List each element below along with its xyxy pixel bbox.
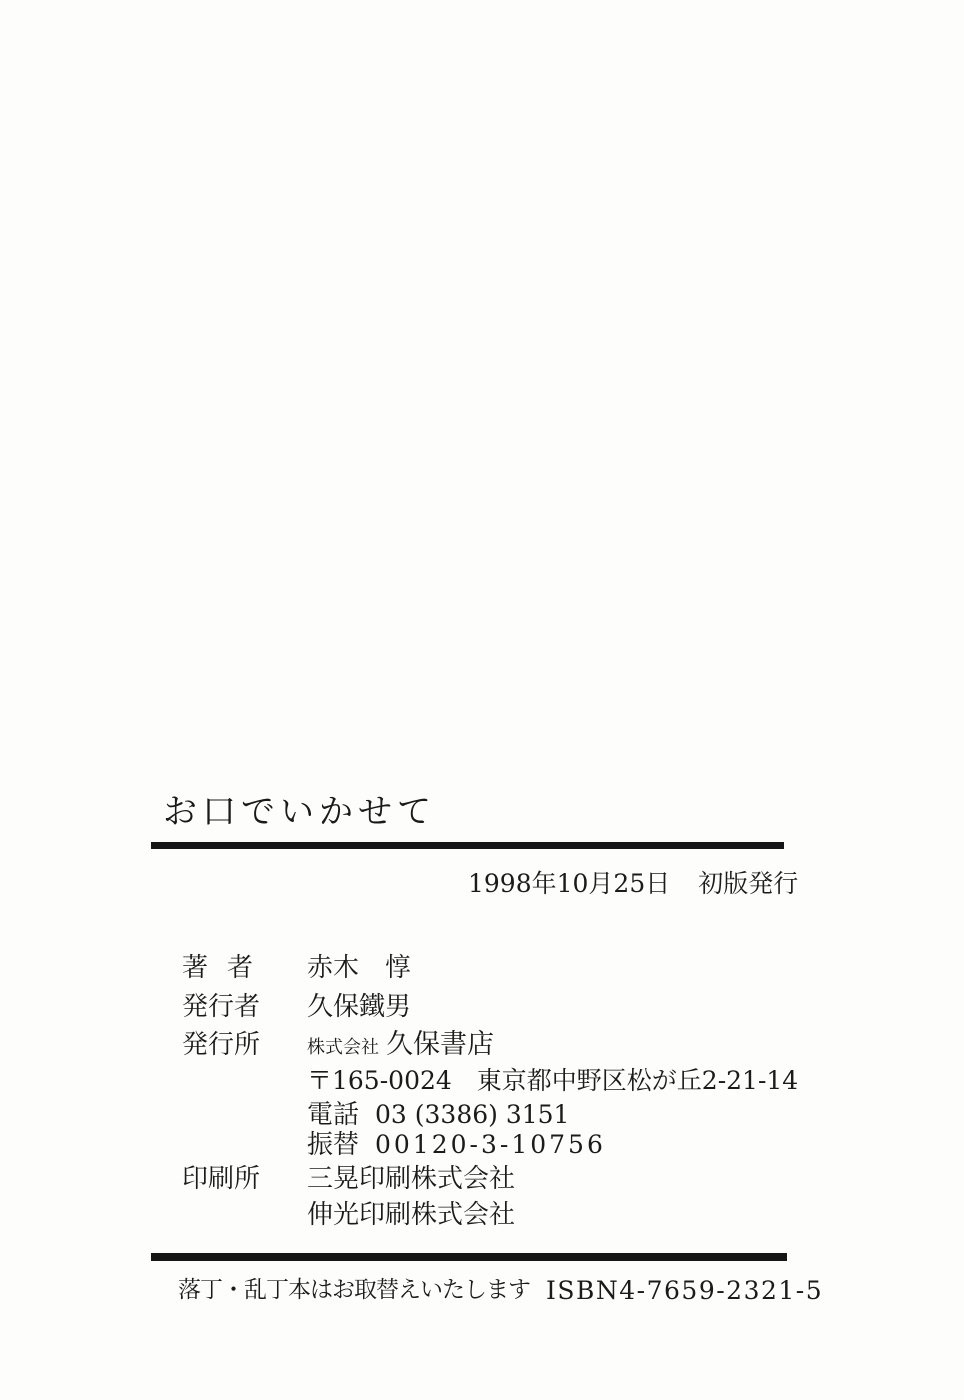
phone-row: 電話 03 (3386) 3151 — [307, 1100, 569, 1131]
publisher-label: 発行所 — [182, 1030, 307, 1061]
replacement-notice: 落丁・乱丁本はお取替えいたします — [178, 1277, 530, 1305]
colophon-page: お口でいかせて 1998年10月25日 初版発行 著 者 赤木 惇 発行者 久保… — [0, 0, 964, 1400]
publisher-name: 久保書店 — [386, 1029, 494, 1061]
publisher-address-row: 〒165-0024 東京都中野区松が丘2-21-14 — [307, 1066, 798, 1096]
printer-name-1: 三晃印刷株式会社 — [307, 1164, 515, 1195]
edition-line: 1998年10月25日 初版発行 — [468, 869, 798, 899]
publisher-corp-type: 株式会社 — [307, 1037, 379, 1059]
printer-name-2: 伸光印刷株式会社 — [307, 1200, 515, 1231]
phone-label: 電話 — [307, 1100, 375, 1131]
postal-transfer-number: 00120-3-10756 — [375, 1130, 606, 1160]
printer-row-2: 伸光印刷株式会社 — [307, 1200, 515, 1231]
edition-label: 初版発行 — [698, 869, 798, 899]
author-name: 赤木 惇 — [307, 953, 411, 984]
printer-label: 印刷所 — [182, 1164, 307, 1195]
book-title: お口でいかせて — [163, 794, 436, 831]
edition-date: 1998年10月25日 — [468, 869, 670, 899]
issuer-label: 発行者 — [182, 992, 307, 1023]
publisher-row: 発行所 株式会社 久保書店 — [182, 1029, 494, 1061]
postal-transfer-label: 振替 — [307, 1130, 375, 1161]
printer-row: 印刷所 三晃印刷株式会社 — [182, 1164, 515, 1195]
publisher-address: 〒165-0024 東京都中野区松が丘2-21-14 — [307, 1066, 798, 1096]
issuer-name: 久保鐵男 — [307, 992, 411, 1023]
author-row: 著 者 赤木 惇 — [182, 953, 411, 984]
issuer-row: 発行者 久保鐵男 — [182, 992, 411, 1023]
divider-top — [151, 842, 784, 849]
author-label: 著 者 — [182, 953, 307, 984]
postal-transfer-row: 振替 00120-3-10756 — [307, 1130, 606, 1161]
divider-bottom — [151, 1253, 787, 1261]
author-label-char-1: 著 — [182, 953, 208, 984]
phone-number: 03 (3386) 3151 — [375, 1100, 569, 1130]
isbn-number: ISBN4-7659-2321-5 — [546, 1276, 823, 1306]
author-label-char-2: 者 — [227, 953, 253, 984]
